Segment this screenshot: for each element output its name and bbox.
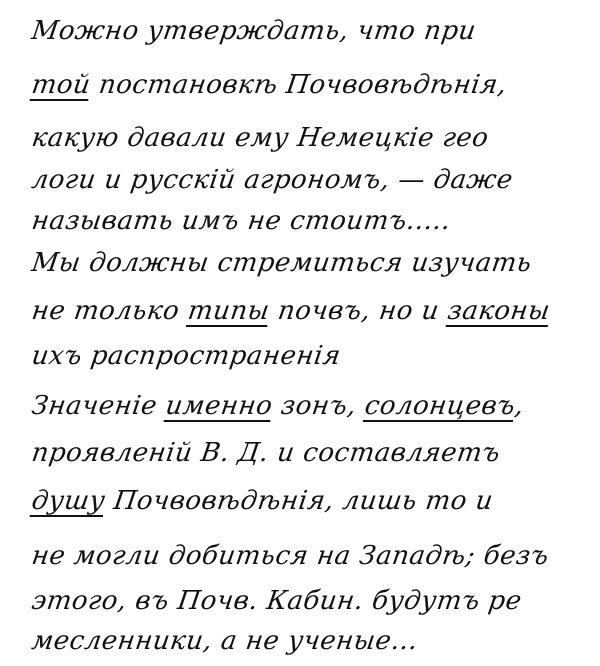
underlined-word: именно [164,391,275,421]
manuscript-line-8: ихъ распространенія [30,343,342,369]
text-segment: Мы должны стремиться изучать [30,248,534,278]
text-segment: почвъ, но и [267,296,450,326]
manuscript-line-7: не только типы почвъ, но и законы [30,298,552,324]
manuscript-line-14: месленники, а не ученые... [30,628,420,654]
underlined-word: душу [30,486,107,516]
manuscript-line-12: не могли добиться на Западѣ; безъ [30,543,550,569]
text-segment: ихъ распространенія [30,341,343,371]
text-segment: не только [30,296,190,326]
text-segment: какую давали ему Немецкіе гео [30,123,491,153]
text-segment: Значеніе [30,391,168,421]
manuscript-line-2: той постановкѣ Почвовѣдѣнія, [30,72,508,98]
underlined-word: типы [186,296,272,326]
text-segment: зонъ, [270,391,367,421]
underlined-word: той [30,70,93,100]
text-segment: Почвовѣдѣнія, лишь то и [103,486,495,516]
manuscript-page: Можно утверждать, что при той постановкѣ… [0,0,600,666]
text-segment: не могли добиться на Западѣ; безъ [30,541,551,571]
text-segment: называть имъ не стоитъ..... [30,206,453,236]
manuscript-line-13: этого, въ Почв. Кабин. будутъ ре [30,588,523,614]
underlined-word: законы [446,296,552,326]
manuscript-line-11: душу Почвовѣдѣнія, лишь то и [30,488,495,514]
manuscript-line-1: Можно утверждать, что при [30,18,478,44]
manuscript-line-6: Мы должны стремиться изучать [30,250,533,276]
manuscript-line-5: называть имъ не стоитъ..... [30,208,452,234]
text-segment: логи и русскій агрономъ, — даже [30,165,515,195]
manuscript-line-4: логи и русскій агрономъ, — даже [30,167,515,193]
underlined-word: солонцевъ [363,391,517,421]
manuscript-line-3: какую давали ему Немецкіе гео [30,125,490,151]
text-segment: Можно утверждать, что при [30,16,478,46]
manuscript-line-10: проявленій В. Д. и составляетъ [30,440,502,466]
text-segment: этого, въ Почв. Кабин. будутъ ре [30,586,524,616]
text-segment: постановкѣ Почвовѣдѣнія, [88,70,508,100]
text-segment: проявленій В. Д. и составляетъ [30,438,503,468]
text-segment: месленники, а не ученые... [30,626,420,656]
manuscript-line-9: Значеніе именно зонъ, солонцевъ, [30,393,526,419]
